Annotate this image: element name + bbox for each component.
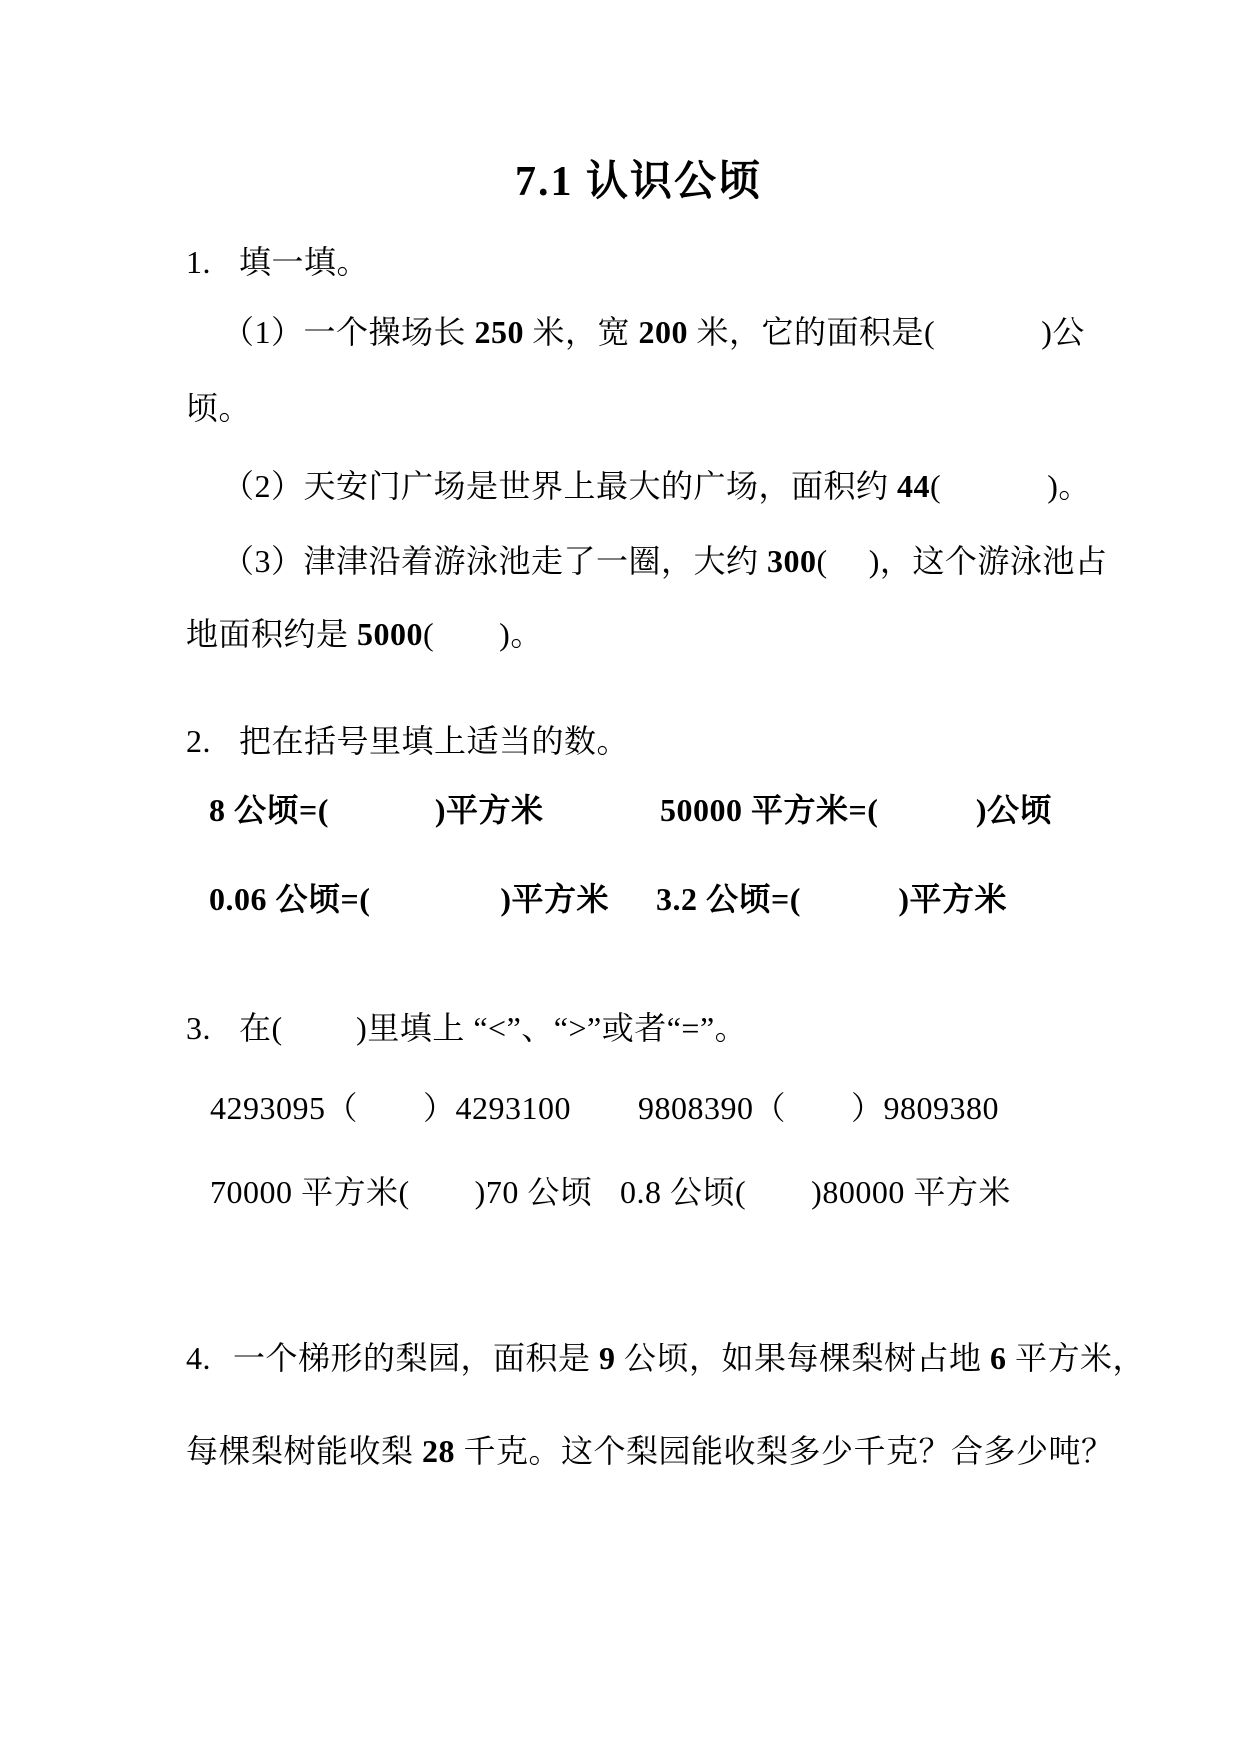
q4-line1: 一个梯形的梨园，面积是 9 公顷，如果每棵梨树占地 6 平方米，: [233, 1340, 1145, 1376]
q3-row2-right: 0.8 公顷( )80000 平方米: [620, 1172, 1011, 1212]
q3-row1-right: 9808390（ ）9809380: [638, 1088, 999, 1128]
question-4-heading: 4.一个梯形的梨园，面积是 9 公顷，如果每棵梨树占地 6 平方米，: [186, 1338, 1145, 1378]
q1-item2: （2）天安门广场是世界上最大的广场，面积约 44( )。: [222, 466, 1091, 506]
q1-item1-line2: 顷。: [186, 388, 251, 428]
q2-row2-right: 3.2 公顷=( )平方米: [656, 879, 1007, 919]
question-1-prompt: 填一填。: [239, 244, 369, 280]
q4-line2: 每棵梨树能收梨 28 千克。这个梨园能收梨多少千克？合多少吨？: [186, 1431, 1114, 1471]
question-2-heading: 2.把在括号里填上适当的数。: [186, 721, 629, 761]
q1-item1-line1: （1）一个操场长 250 米，宽 200 米，它的面积是( )公: [222, 312, 1085, 352]
question-1-heading: 1.填一填。: [186, 242, 369, 282]
question-1-number: 1.: [186, 242, 211, 282]
question-4-number: 4.: [186, 1338, 211, 1378]
q2-row2-left: 0.06 公顷=( )平方米: [209, 879, 609, 919]
q2-row1-right: 50000 平方米=( )公顷: [660, 790, 1052, 830]
question-2-prompt: 把在括号里填上适当的数。: [239, 723, 629, 759]
q1-item3-line1: （3）津津沿着游泳池走了一圈，大约 300( )，这个游泳池占: [222, 541, 1107, 581]
worksheet-page: 7.1 认识公顷 1.填一填。 （1）一个操场长 250 米，宽 200 米，它…: [0, 0, 1241, 1754]
question-3-prompt: 在( )里填上 “<”、“>”或者“=”。: [239, 1010, 747, 1046]
page-title: 7.1 认识公顷: [515, 158, 762, 206]
q3-row2-left: 70000 平方米( )70 公顷: [210, 1172, 592, 1212]
q1-item3-line2: 地面积约是 5000( )。: [186, 614, 543, 654]
question-3-number: 3.: [186, 1008, 211, 1048]
q3-row1-left: 4293095（ ）4293100: [210, 1088, 571, 1128]
question-3-heading: 3.在( )里填上 “<”、“>”或者“=”。: [186, 1008, 747, 1048]
question-2-number: 2.: [186, 721, 211, 761]
q2-row1-left: 8 公顷=( )平方米: [209, 790, 544, 830]
